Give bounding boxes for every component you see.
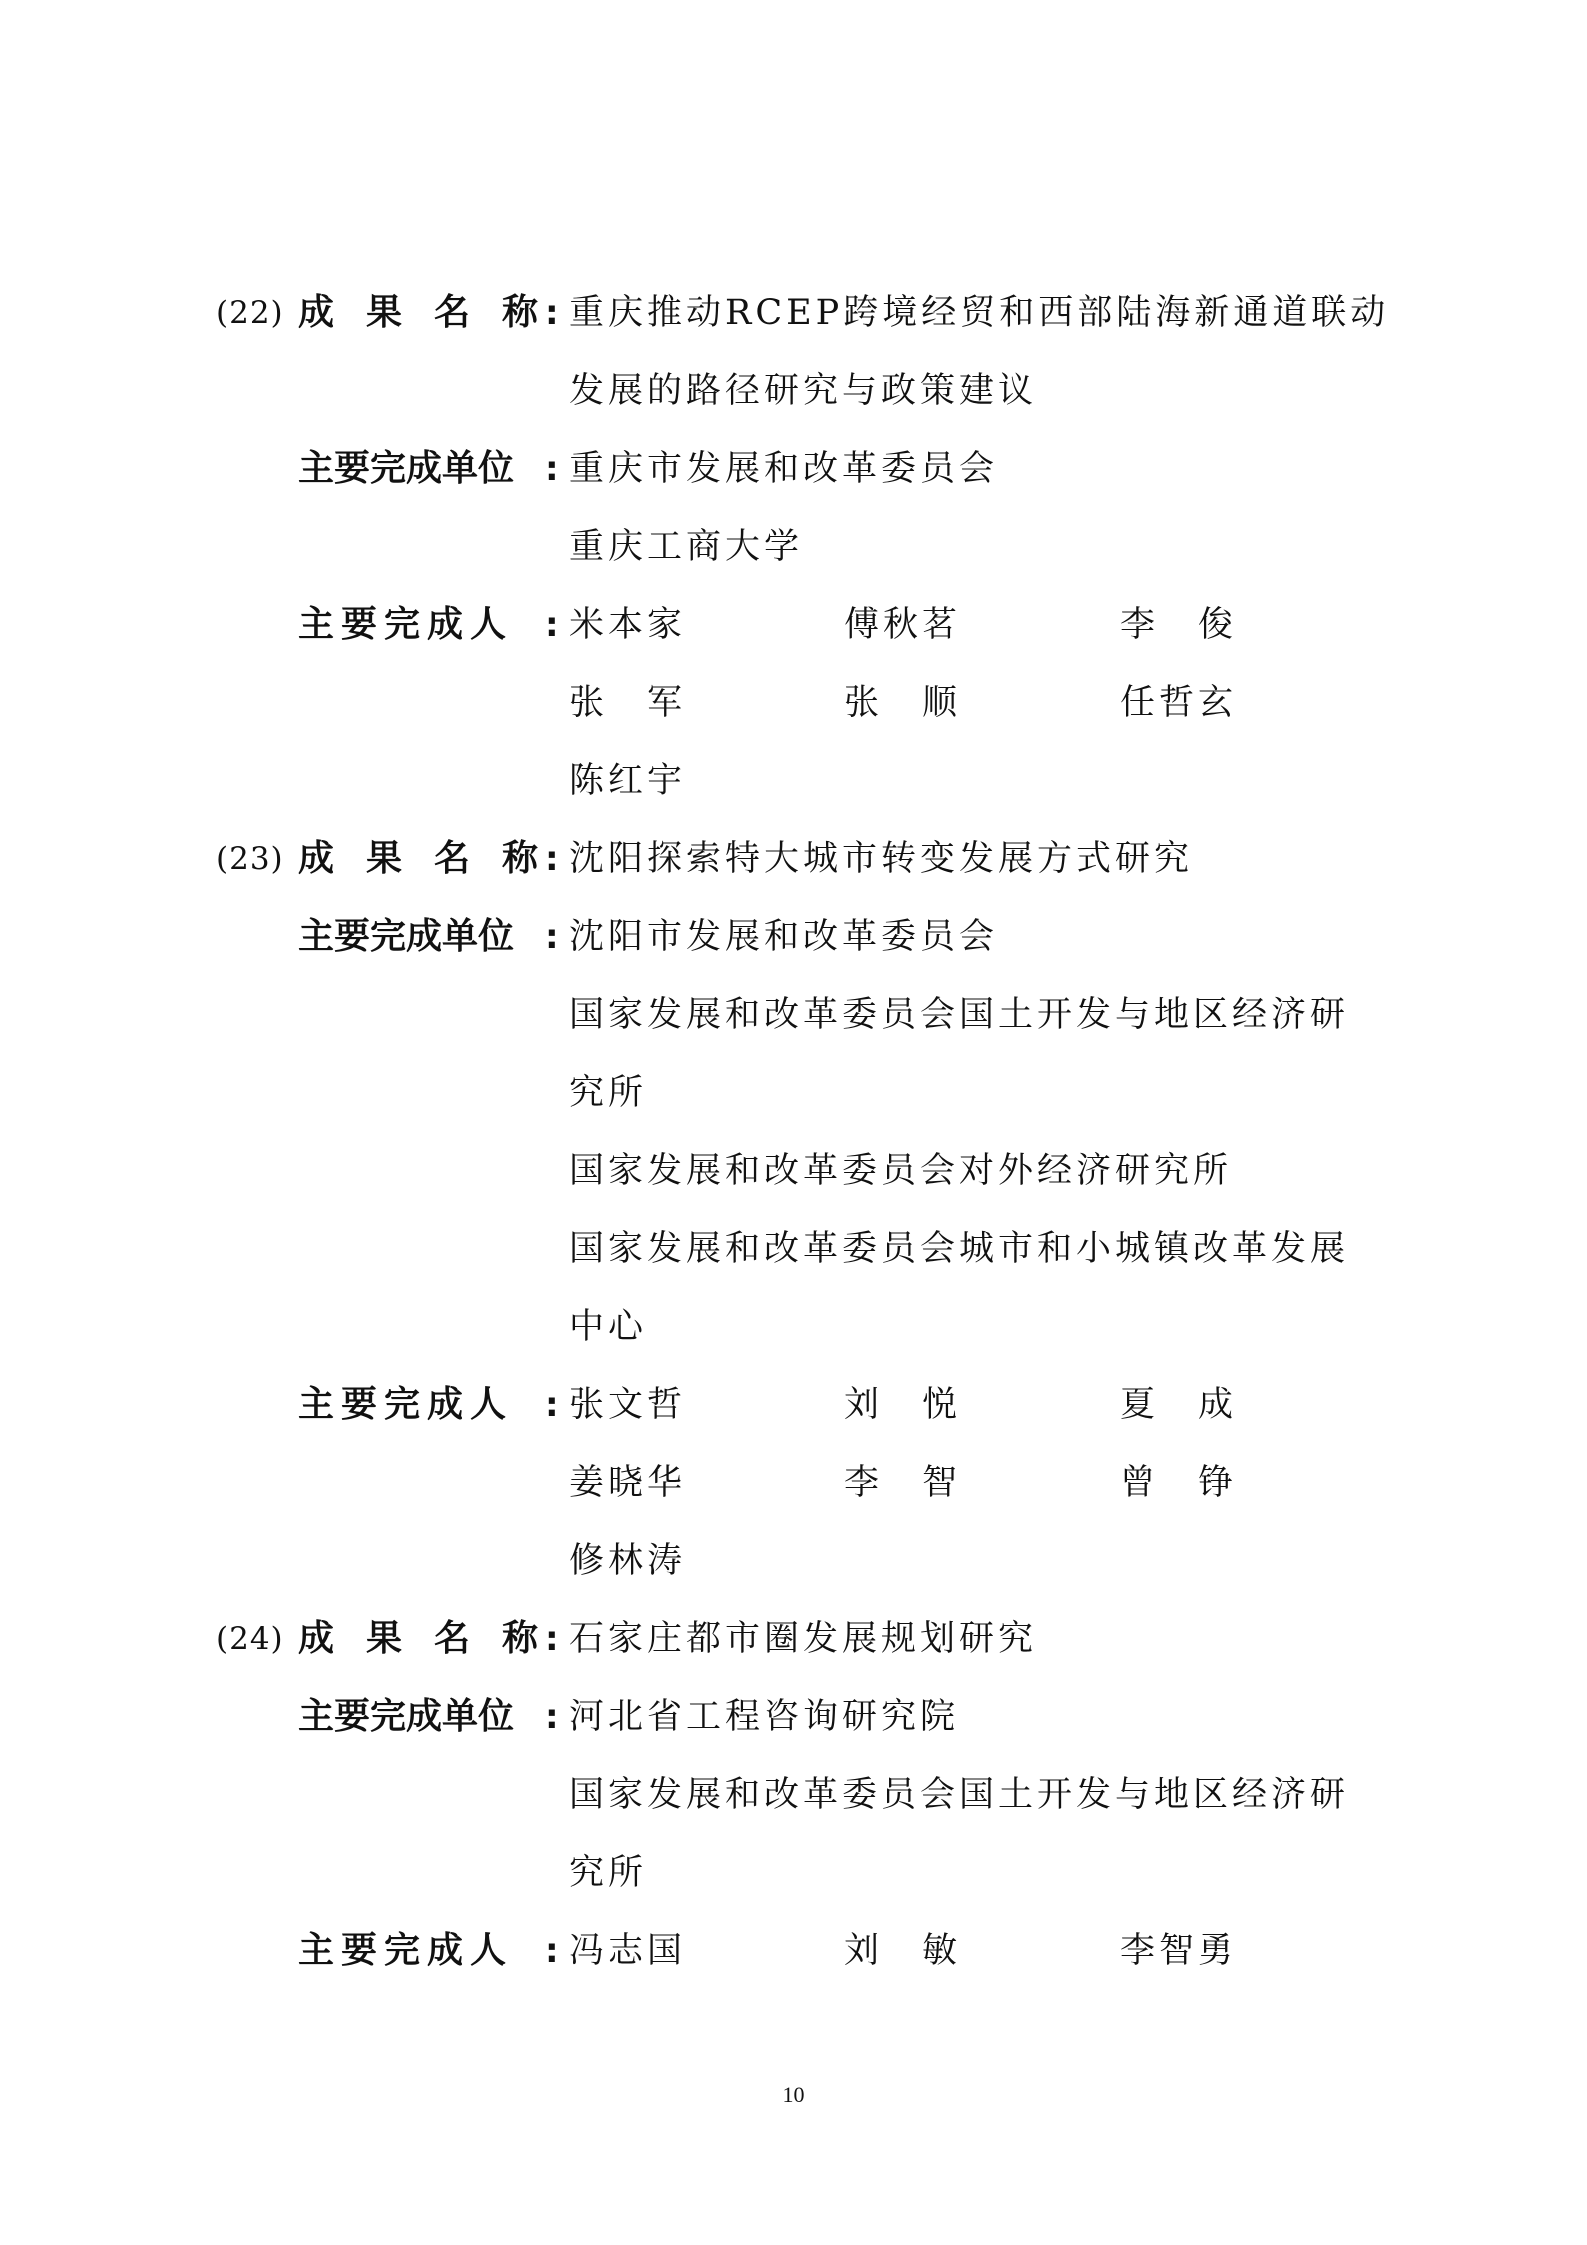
- units-row: 主要完成单位 : 沈阳市发展和改革委员会: [0, 913, 1587, 991]
- unit-value: 河北省工程咨询研究院: [569, 1693, 959, 1741]
- unit-value: 国家发展和改革委员会城市和小城镇改革发展: [569, 1225, 1349, 1273]
- person-name: 刘 敏: [844, 1927, 961, 1975]
- person-name: 李 智: [844, 1459, 961, 1507]
- person-name: 曾 铮: [1120, 1459, 1237, 1507]
- entry-23: (23) 成果名称 : 沈阳探索特大城市转变发展方式研究 主要完成单位 : 沈阳…: [0, 835, 1587, 1615]
- unit-value: 中心: [569, 1303, 647, 1351]
- person-name: 刘 悦: [844, 1381, 961, 1429]
- person-name: 李智勇: [1120, 1927, 1237, 1975]
- units-row-cont: 国家发展和改革委员会对外经济研究所: [0, 1147, 1587, 1225]
- unit-value: 国家发展和改革委员会国土开发与地区经济研: [569, 991, 1349, 1039]
- people-row: 主要完成人 : 米本家 傅秋茗 李 俊: [0, 601, 1587, 679]
- units-row-cont: 国家发展和改革委员会国土开发与地区经济研: [0, 1771, 1587, 1849]
- colon: :: [545, 835, 559, 883]
- title-value: 发展的路径研究与政策建议: [569, 367, 1037, 415]
- entry-22: (22) 成果名称 : 重庆推动RCEP跨境经贸和西部陆海新通道联动 发展的路径…: [0, 289, 1587, 835]
- entry-number: (24): [216, 1615, 284, 1663]
- title-row: (24) 成果名称 : 石家庄都市圈发展规划研究: [0, 1615, 1587, 1693]
- person-name: 修林涛: [569, 1537, 686, 1585]
- units-row: 主要完成单位 : 河北省工程咨询研究院: [0, 1693, 1587, 1771]
- colon: :: [545, 913, 559, 961]
- person-name: 傅秋茗: [844, 601, 961, 649]
- unit-value: 重庆市发展和改革委员会: [569, 445, 998, 493]
- unit-value: 究所: [569, 1069, 647, 1117]
- colon: :: [545, 1927, 559, 1975]
- entry-24: (24) 成果名称 : 石家庄都市圈发展规划研究 主要完成单位 : 河北省工程咨…: [0, 1615, 1587, 2005]
- unit-value: 究所: [569, 1849, 647, 1897]
- page-number: 10: [0, 2082, 1587, 2108]
- people-row: 主要完成人 : 冯志国 刘 敏 李智勇: [0, 1927, 1587, 2005]
- units-row-cont: 究所: [0, 1069, 1587, 1147]
- unit-value: 国家发展和改革委员会对外经济研究所: [569, 1147, 1232, 1195]
- unit-value: 国家发展和改革委员会国土开发与地区经济研: [569, 1771, 1349, 1819]
- award-entries: (22) 成果名称 : 重庆推动RCEP跨境经贸和西部陆海新通道联动 发展的路径…: [0, 289, 1587, 2005]
- colon: :: [545, 289, 559, 337]
- person-name: 任哲玄: [1120, 679, 1237, 727]
- people-row-cont: 张 军 张 顺 任哲玄: [0, 679, 1587, 757]
- entry-number: (23): [216, 835, 284, 883]
- units-row-cont: 国家发展和改革委员会城市和小城镇改革发展: [0, 1225, 1587, 1303]
- entry-number: (22): [216, 289, 284, 337]
- unit-value: 重庆工商大学: [569, 523, 803, 571]
- units-row-cont: 中心: [0, 1303, 1587, 1381]
- title-row-cont: 发展的路径研究与政策建议: [0, 367, 1587, 445]
- title-row: (22) 成果名称 : 重庆推动RCEP跨境经贸和西部陆海新通道联动: [0, 289, 1587, 367]
- colon: :: [545, 601, 559, 649]
- units-row-cont: 国家发展和改革委员会国土开发与地区经济研: [0, 991, 1587, 1069]
- person-name: 夏 成: [1120, 1381, 1237, 1429]
- units-row-cont: 重庆工商大学: [0, 523, 1587, 601]
- person-name: 张文哲: [569, 1381, 686, 1429]
- people-row-cont: 修林涛: [0, 1537, 1587, 1615]
- colon: :: [545, 1615, 559, 1663]
- people-label: 主要完成人: [298, 1381, 513, 1429]
- units-label: 主要完成单位: [298, 445, 514, 493]
- person-name: 米本家: [569, 601, 686, 649]
- people-label: 主要完成人: [298, 1927, 513, 1975]
- title-label: 成果名称: [298, 289, 570, 337]
- document-page: (22) 成果名称 : 重庆推动RCEP跨境经贸和西部陆海新通道联动 发展的路径…: [0, 0, 1587, 2245]
- unit-value: 沈阳市发展和改革委员会: [569, 913, 998, 961]
- colon: :: [545, 1381, 559, 1429]
- person-name: 姜晓华: [569, 1459, 686, 1507]
- units-row-cont: 究所: [0, 1849, 1587, 1927]
- people-row: 主要完成人 : 张文哲 刘 悦 夏 成: [0, 1381, 1587, 1459]
- title-value: 石家庄都市圈发展规划研究: [569, 1615, 1037, 1663]
- people-label: 主要完成人: [298, 601, 513, 649]
- units-row: 主要完成单位 : 重庆市发展和改革委员会: [0, 445, 1587, 523]
- colon: :: [545, 445, 559, 493]
- title-label: 成果名称: [298, 835, 570, 883]
- people-row-cont: 陈红宇: [0, 757, 1587, 835]
- person-name: 李 俊: [1120, 601, 1237, 649]
- units-label: 主要完成单位: [298, 1693, 514, 1741]
- colon: :: [545, 1693, 559, 1741]
- people-row-cont: 姜晓华 李 智 曾 铮: [0, 1459, 1587, 1537]
- person-name: 冯志国: [569, 1927, 686, 1975]
- units-label: 主要完成单位: [298, 913, 514, 961]
- person-name: 张 顺: [844, 679, 961, 727]
- title-row: (23) 成果名称 : 沈阳探索特大城市转变发展方式研究: [0, 835, 1587, 913]
- title-label: 成果名称: [298, 1615, 570, 1663]
- person-name: 张 军: [569, 679, 686, 727]
- person-name: 陈红宇: [569, 757, 686, 805]
- title-value: 重庆推动RCEP跨境经贸和西部陆海新通道联动: [569, 289, 1389, 337]
- title-value: 沈阳探索特大城市转变发展方式研究: [569, 835, 1193, 883]
